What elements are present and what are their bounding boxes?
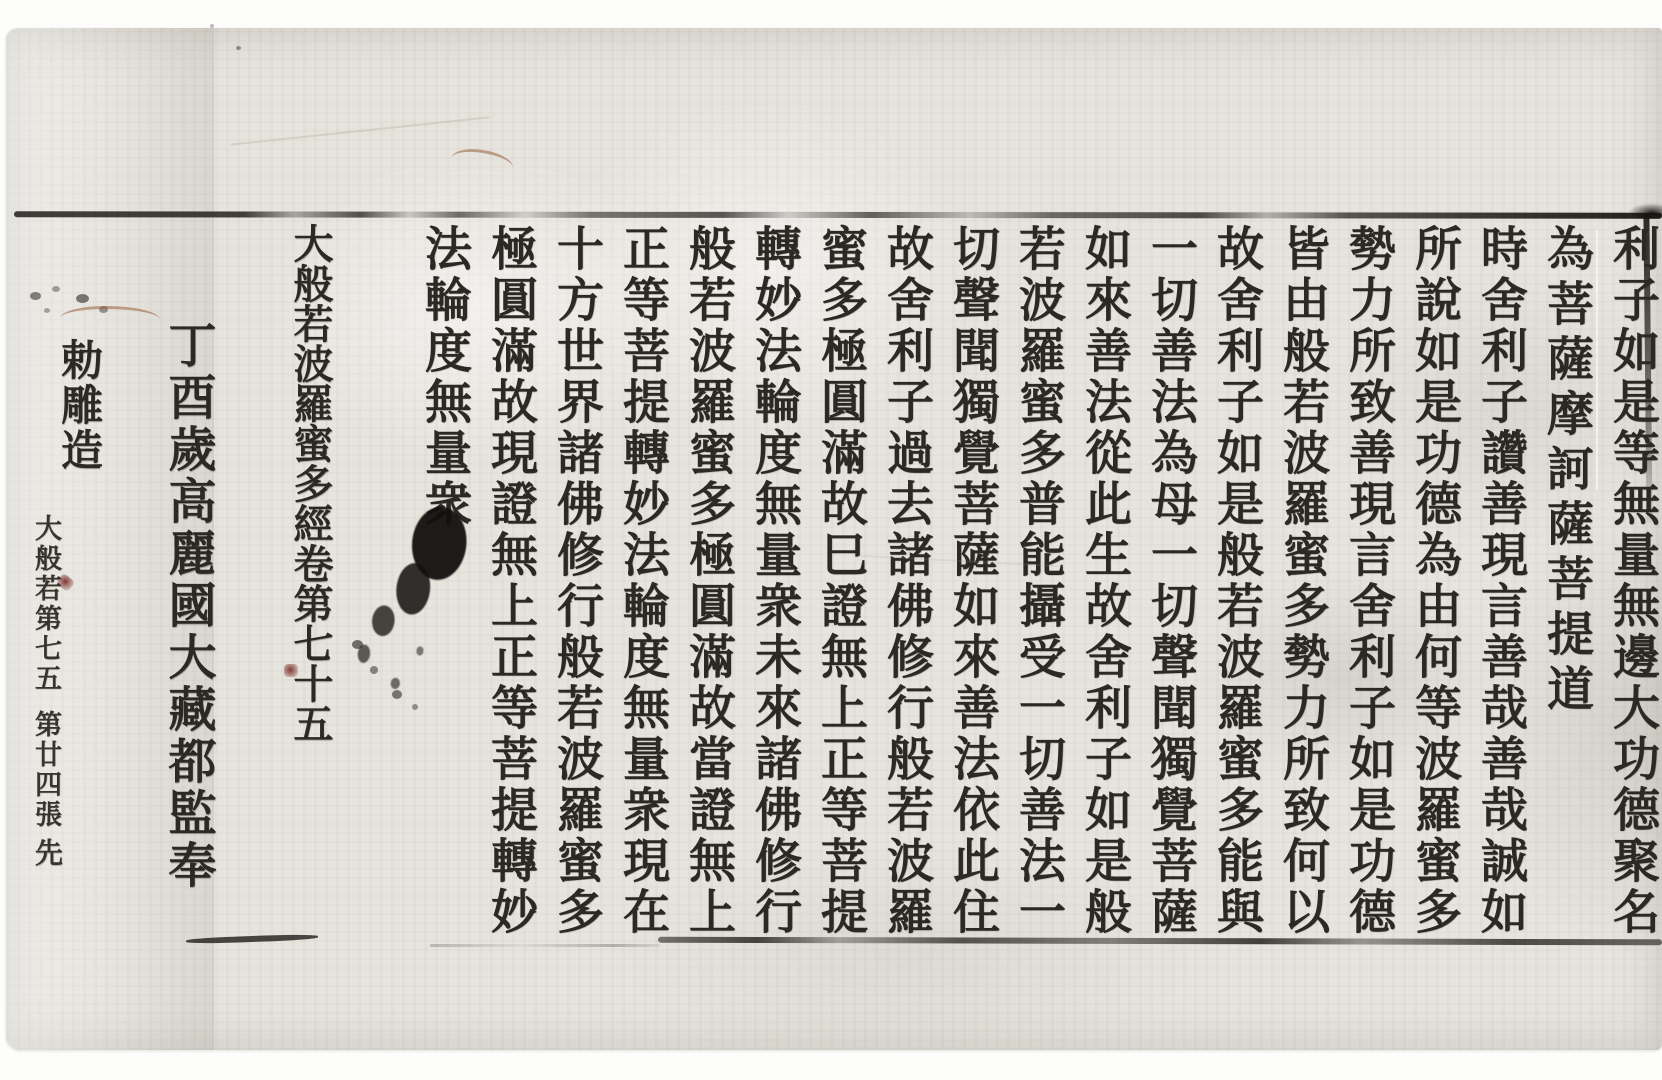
- sutra-column-5: 勢力所致善現言舍利子如是功德: [1341, 224, 1395, 938]
- ink-smudge: [30, 292, 41, 300]
- sutra-column-16: 正等菩提轉妙法輪度無量衆現在: [615, 224, 669, 938]
- sutra-column-9: 如來善法從此生故舍利子如是般: [1077, 224, 1131, 938]
- ink-speck: [392, 690, 402, 699]
- ink-speck: [412, 704, 418, 710]
- ink-smudge: [236, 46, 241, 50]
- sutra-column-6: 皆由般若波羅蜜多勢力所致何以: [1275, 224, 1329, 938]
- sutra-column-17: 十方世界諸佛修行般若波羅蜜多: [549, 224, 603, 938]
- ink-blot: [327, 486, 481, 717]
- ink-speck: [352, 640, 363, 649]
- ink-smudge: [210, 24, 214, 28]
- red-stain-dot: [284, 664, 298, 677]
- sutra-column-19: 法輪度無量衆: [417, 224, 471, 530]
- sutra-column-18: 極圓滿故現證無上正等菩提轉妙: [483, 224, 537, 938]
- ink-smudge: [52, 286, 60, 292]
- sutra-column-4: 所說如是功德為由何等波羅蜜多: [1407, 224, 1461, 938]
- margin-scroll-label: 大般若第七五: [29, 514, 63, 694]
- sutra-column-15: 般若波羅蜜多極圓滿故當證無上: [681, 224, 735, 938]
- sutra-column-11: 切聲聞獨覺菩薩如來善法依此住: [945, 224, 999, 938]
- ink-speck: [370, 666, 378, 674]
- sutra-column-12: 故舍利子過去諸佛修行般若波羅: [879, 224, 933, 938]
- sutra-column-10: 若波羅蜜多普能攝受一切善法一: [1011, 224, 1065, 938]
- scanned-page: 利子如是等無量無邊大功德聚名 為菩薩摩訶薩菩提道 時舍利子讚善現言善哉善哉誠如 …: [0, 0, 1662, 1080]
- sutra-column-2: 為菩薩摩訶薩菩提道: [1539, 224, 1593, 719]
- top-right-corner-ink: [1628, 203, 1662, 219]
- paper-crease: [1596, 230, 1598, 490]
- sutra-column-1: 利子如是等無量無邊大功德聚名: [1605, 224, 1659, 938]
- ink-smudge: [76, 294, 89, 303]
- margin-sheet-label: 第廿四張: [29, 710, 63, 830]
- sutra-column-14: 轉妙法輪度無量衆未來諸佛修行: [747, 224, 801, 938]
- sutra-column-3: 時舍利子讚善現言善哉善哉誠如: [1473, 224, 1527, 938]
- sutra-column-7: 故舍利子如是般若波羅蜜多能與: [1209, 224, 1263, 938]
- sutra-column-13: 蜜多極圓滿故巳證無上正等菩提: [813, 224, 867, 938]
- bottom-border-rule-middle: [430, 944, 660, 947]
- sutra-column-8: 一切善法為母一切聲聞獨覺菩薩: [1143, 224, 1197, 938]
- colophon-line-1: 丁酉歲高麗國大藏都監奉: [159, 320, 215, 892]
- margin-carver-mark: 先: [29, 838, 63, 869]
- colophon-line-2: 勅雕造: [53, 338, 103, 473]
- ink-smudge: [44, 308, 50, 313]
